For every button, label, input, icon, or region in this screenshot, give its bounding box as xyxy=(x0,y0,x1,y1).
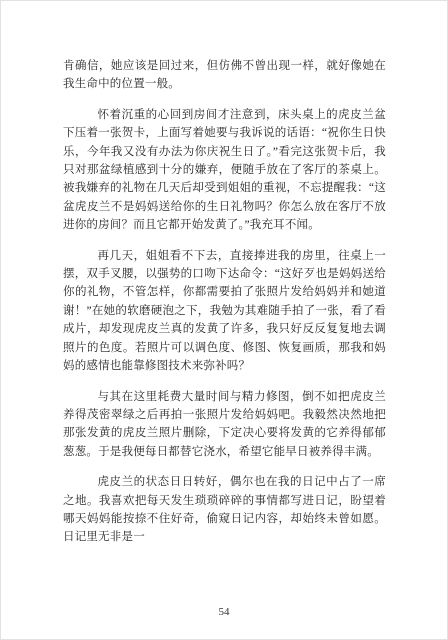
page-number: 54 xyxy=(1,606,447,618)
page-body: 肯确信，她应该是回过来，但仿佛不曾出现一样，就好像她在我生命中的位置一般。 怀着… xyxy=(63,57,386,547)
paragraph-continuation: 肯确信，她应该是回过来，但仿佛不曾出现一样，就好像她在我生命中的位置一般。 xyxy=(63,57,386,94)
paragraph: 虎皮兰的状态日日转好，偶尔也在我的日记中占了一席之地。我喜欢把每天发生琐琐碎碎的… xyxy=(63,473,386,547)
paragraph: 与其在这里耗费大量时间与精力修图，倒不如把虎皮兰养得茂密翠绿之后再拍一张照片发给… xyxy=(63,388,386,462)
paragraph: 再几天，姐姐看不下去，直接捧进我的房里，往桌上一摆，双手叉腰，以强势的口吻下达命… xyxy=(63,247,386,376)
paragraph: 怀着沉重的心回到房间才注意到，床头桌上的虎皮兰盆下压着一张贺卡，上面写着她要与我… xyxy=(63,106,386,235)
document-page: 肯确信，她应该是回过来，但仿佛不曾出现一样，就好像她在我生命中的位置一般。 怀着… xyxy=(0,0,448,640)
